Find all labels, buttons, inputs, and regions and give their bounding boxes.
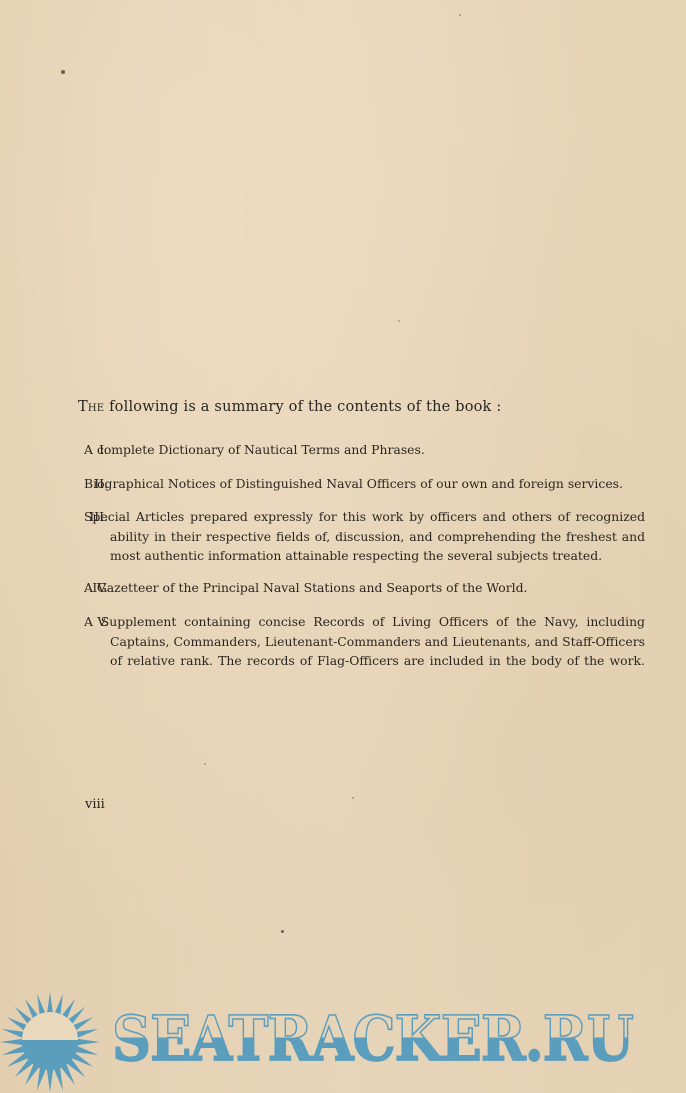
contents-item-1: I. A complete Dictionary of Nautical Ter…	[40, 440, 645, 460]
item-numeral: II.	[94, 474, 108, 494]
speck	[204, 763, 206, 765]
intro-sentence: The following is a summary of the conten…	[78, 399, 501, 415]
intro-text: following is a summary of the contents o…	[104, 399, 501, 415]
item-text: Biographical Notices of Distinguished Na…	[84, 474, 645, 494]
item-text-line: ability in their respective fields of, d…	[84, 527, 645, 547]
item-text-line: Special Articles prepared expressly for …	[84, 507, 645, 527]
speck	[61, 70, 65, 74]
item-text-line: A Supplement containing concise Records …	[84, 612, 645, 632]
contents-item-2: II. Biographical Notices of Distinguishe…	[40, 474, 645, 494]
watermark-text: SEATRACKER.RU	[112, 1003, 633, 1075]
contents-item-3: III. Special Articles prepared expressly…	[40, 507, 645, 566]
watermark[interactable]: SEATRACKER.RU	[0, 990, 686, 1093]
contents-item-4: IV. A Gazetteer of the Principal Naval S…	[40, 578, 645, 598]
item-text: A Gazetteer of the Principal Naval Stati…	[84, 578, 645, 598]
item-text-line: most authentic information attainable re…	[84, 546, 645, 566]
speck	[398, 320, 400, 322]
sun-horizon-icon	[0, 990, 110, 1093]
page-number: viii	[85, 797, 105, 812]
item-text-line: of relative rank. The records of Flag-Of…	[84, 651, 645, 671]
speck	[352, 797, 354, 799]
item-text-line: Captains, Commanders, Lieutenant-Command…	[84, 632, 645, 652]
item-numeral: III.	[89, 507, 108, 527]
item-numeral: IV.	[92, 578, 108, 598]
item-text: A complete Dictionary of Nautical Terms …	[84, 440, 645, 460]
speck	[459, 14, 461, 16]
item-numeral: V.	[97, 612, 108, 632]
book-page: The following is a summary of the conten…	[0, 0, 686, 1093]
speck	[281, 930, 284, 933]
contents-item-5: V. A Supplement containing concise Recor…	[40, 612, 645, 671]
item-numeral: I.	[99, 440, 108, 460]
intro-lead-word: The	[78, 399, 104, 415]
